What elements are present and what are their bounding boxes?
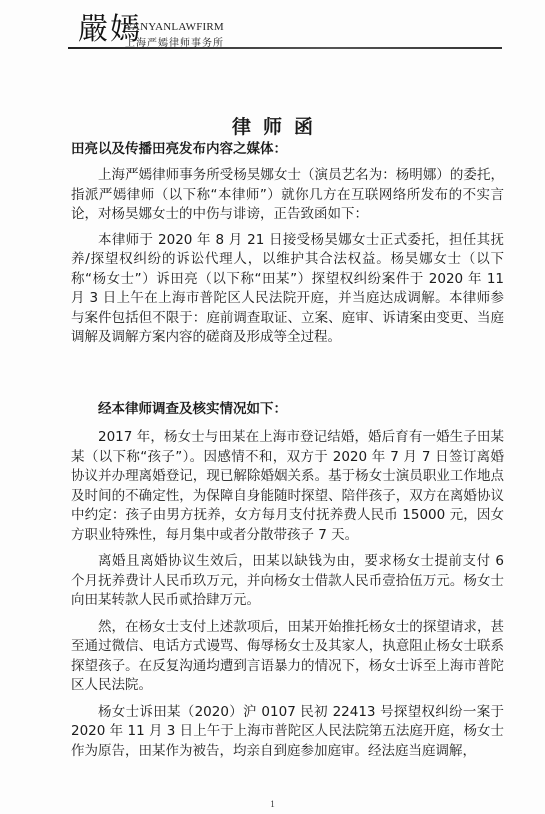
paragraph-engagement: 本律师于 2020 年 8 月 21 日接受杨昊娜女士正式委托，担任其抚养/探望… <box>71 231 504 348</box>
intro-block: 上海严嫣律师事务所受杨昊娜女士（演员艺名为：杨明娜）的委托，指派严嫣律师（以下称… <box>71 166 504 348</box>
paragraph-payments: 离婚且离婚协议生效后，田某以缺钱为由，要求杨女士提前支付 6 个月抚养费计人民币… <box>71 552 504 611</box>
paragraph-obstruction: 然，在杨女士支付上述款项后，田某开始推托杨女士的探望请求，甚至通过微信、电话方式… <box>71 618 504 696</box>
section-heading: 经本律师调查及核实情况如下： <box>98 397 287 417</box>
letterhead: 嚴嫣 YANYANLAWFIRM 上海严嫣律师事务所 <box>68 12 502 48</box>
page-number: 1 <box>0 799 545 809</box>
document-title: 律师函 <box>0 112 545 139</box>
letterhead-divider <box>68 47 502 49</box>
firm-logo-english: YANYANLAWFIRM <box>125 21 224 33</box>
findings-block: 2017 年，杨女士与田某在上海市登记结婚，婚后育有一婚生子田某某（以下称“孩子… <box>71 428 504 761</box>
paragraph-hearing: 杨女士诉田某（2020）沪 0107 民初 22413 号探望权纠纷一案于 20… <box>71 703 504 762</box>
paragraph-commission: 上海严嫣律师事务所受杨昊娜女士（演员艺名为：杨明娜）的委托，指派严嫣律师（以下称… <box>71 166 504 225</box>
addressee: 田亮以及传播田亮发布内容之媒体： <box>71 137 287 157</box>
paragraph-marriage: 2017 年，杨女士与田某在上海市登记结婚，婚后育有一婚生子田某某（以下称“孩子… <box>71 428 504 545</box>
